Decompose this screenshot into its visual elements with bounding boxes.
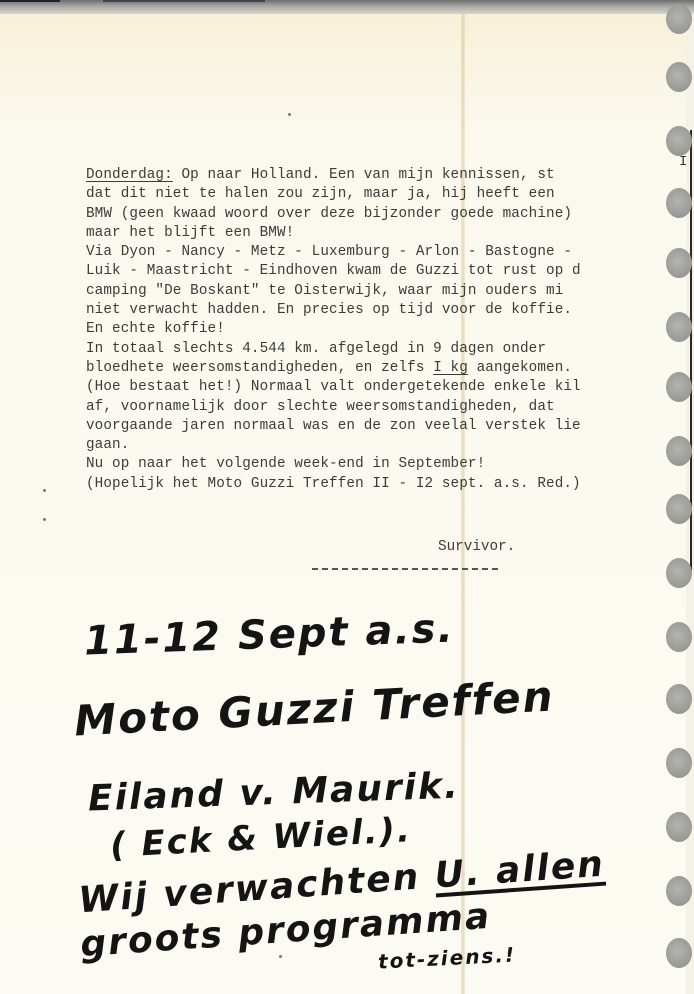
paper-speck	[43, 518, 46, 521]
typed-line: Donderdag: Op naar Holland. Een van mijn…	[86, 166, 694, 185]
binder-hole-icon	[666, 4, 692, 34]
typed-line: Luik - Maastricht - Eindhoven kwam de Gu…	[86, 262, 694, 281]
typed-line: dat dit niet te halen zou zijn, maar ja,…	[86, 185, 694, 204]
typed-line: BMW (geen kwaad woord over deze bijzonde…	[86, 205, 694, 224]
author-signature: Survivor.	[438, 539, 515, 555]
binder-hole-icon	[666, 62, 692, 92]
typed-body-text: Donderdag: Op naar Holland. Een van mijn…	[86, 166, 694, 494]
binder-hole-icon	[666, 126, 692, 156]
binder-hole-icon	[666, 812, 692, 842]
typed-line: camping "De Boskant" te Oisterwijk, waar…	[86, 282, 694, 301]
typed-line: Nu op naar het volgende week-end in Sept…	[86, 455, 694, 474]
typed-line: Via Dyon - Nancy - Metz - Luxemburg - Ar…	[86, 243, 694, 262]
binder-hole-icon	[666, 748, 692, 778]
typed-line: niet verwacht hadden. En precies op tijd…	[86, 301, 694, 320]
section-divider	[312, 568, 498, 570]
day-heading: Donderdag:	[86, 167, 173, 183]
typed-line: (Hoe bestaat het!) Normaal valt onderget…	[86, 378, 694, 397]
paper-speck	[279, 955, 282, 958]
binder-hole-icon	[666, 876, 692, 906]
typed-line: maar het blijft een BMW!	[86, 224, 694, 243]
scan-artifact	[103, 0, 265, 2]
paper-speck	[288, 113, 291, 116]
typed-line: gaan.	[86, 436, 694, 455]
typed-line: voorgaande jaren normaal was en de zon v…	[86, 417, 694, 436]
typed-line: bloedhete weersomstandigheden, en zelfs …	[86, 359, 694, 378]
page-fold-line	[461, 14, 465, 994]
typed-line: (Hopelijk het Moto Guzzi Treffen II - I2…	[86, 475, 694, 494]
typed-line: In totaal slechts 4.544 km. afgelegd in …	[86, 340, 694, 359]
paper-speck	[43, 489, 46, 492]
binder-hole-icon	[666, 494, 692, 524]
binder-hole-icon	[666, 558, 692, 588]
scan-artifact	[0, 0, 60, 2]
emphasis-text: I kg	[433, 360, 468, 376]
binder-hole-icon	[666, 684, 692, 714]
typed-line: af, voornamelijk door slechte weersomsta…	[86, 398, 694, 417]
binder-hole-icon	[666, 938, 692, 968]
typed-line: En echte koffie!	[86, 320, 694, 339]
binder-hole-icon	[666, 622, 692, 652]
